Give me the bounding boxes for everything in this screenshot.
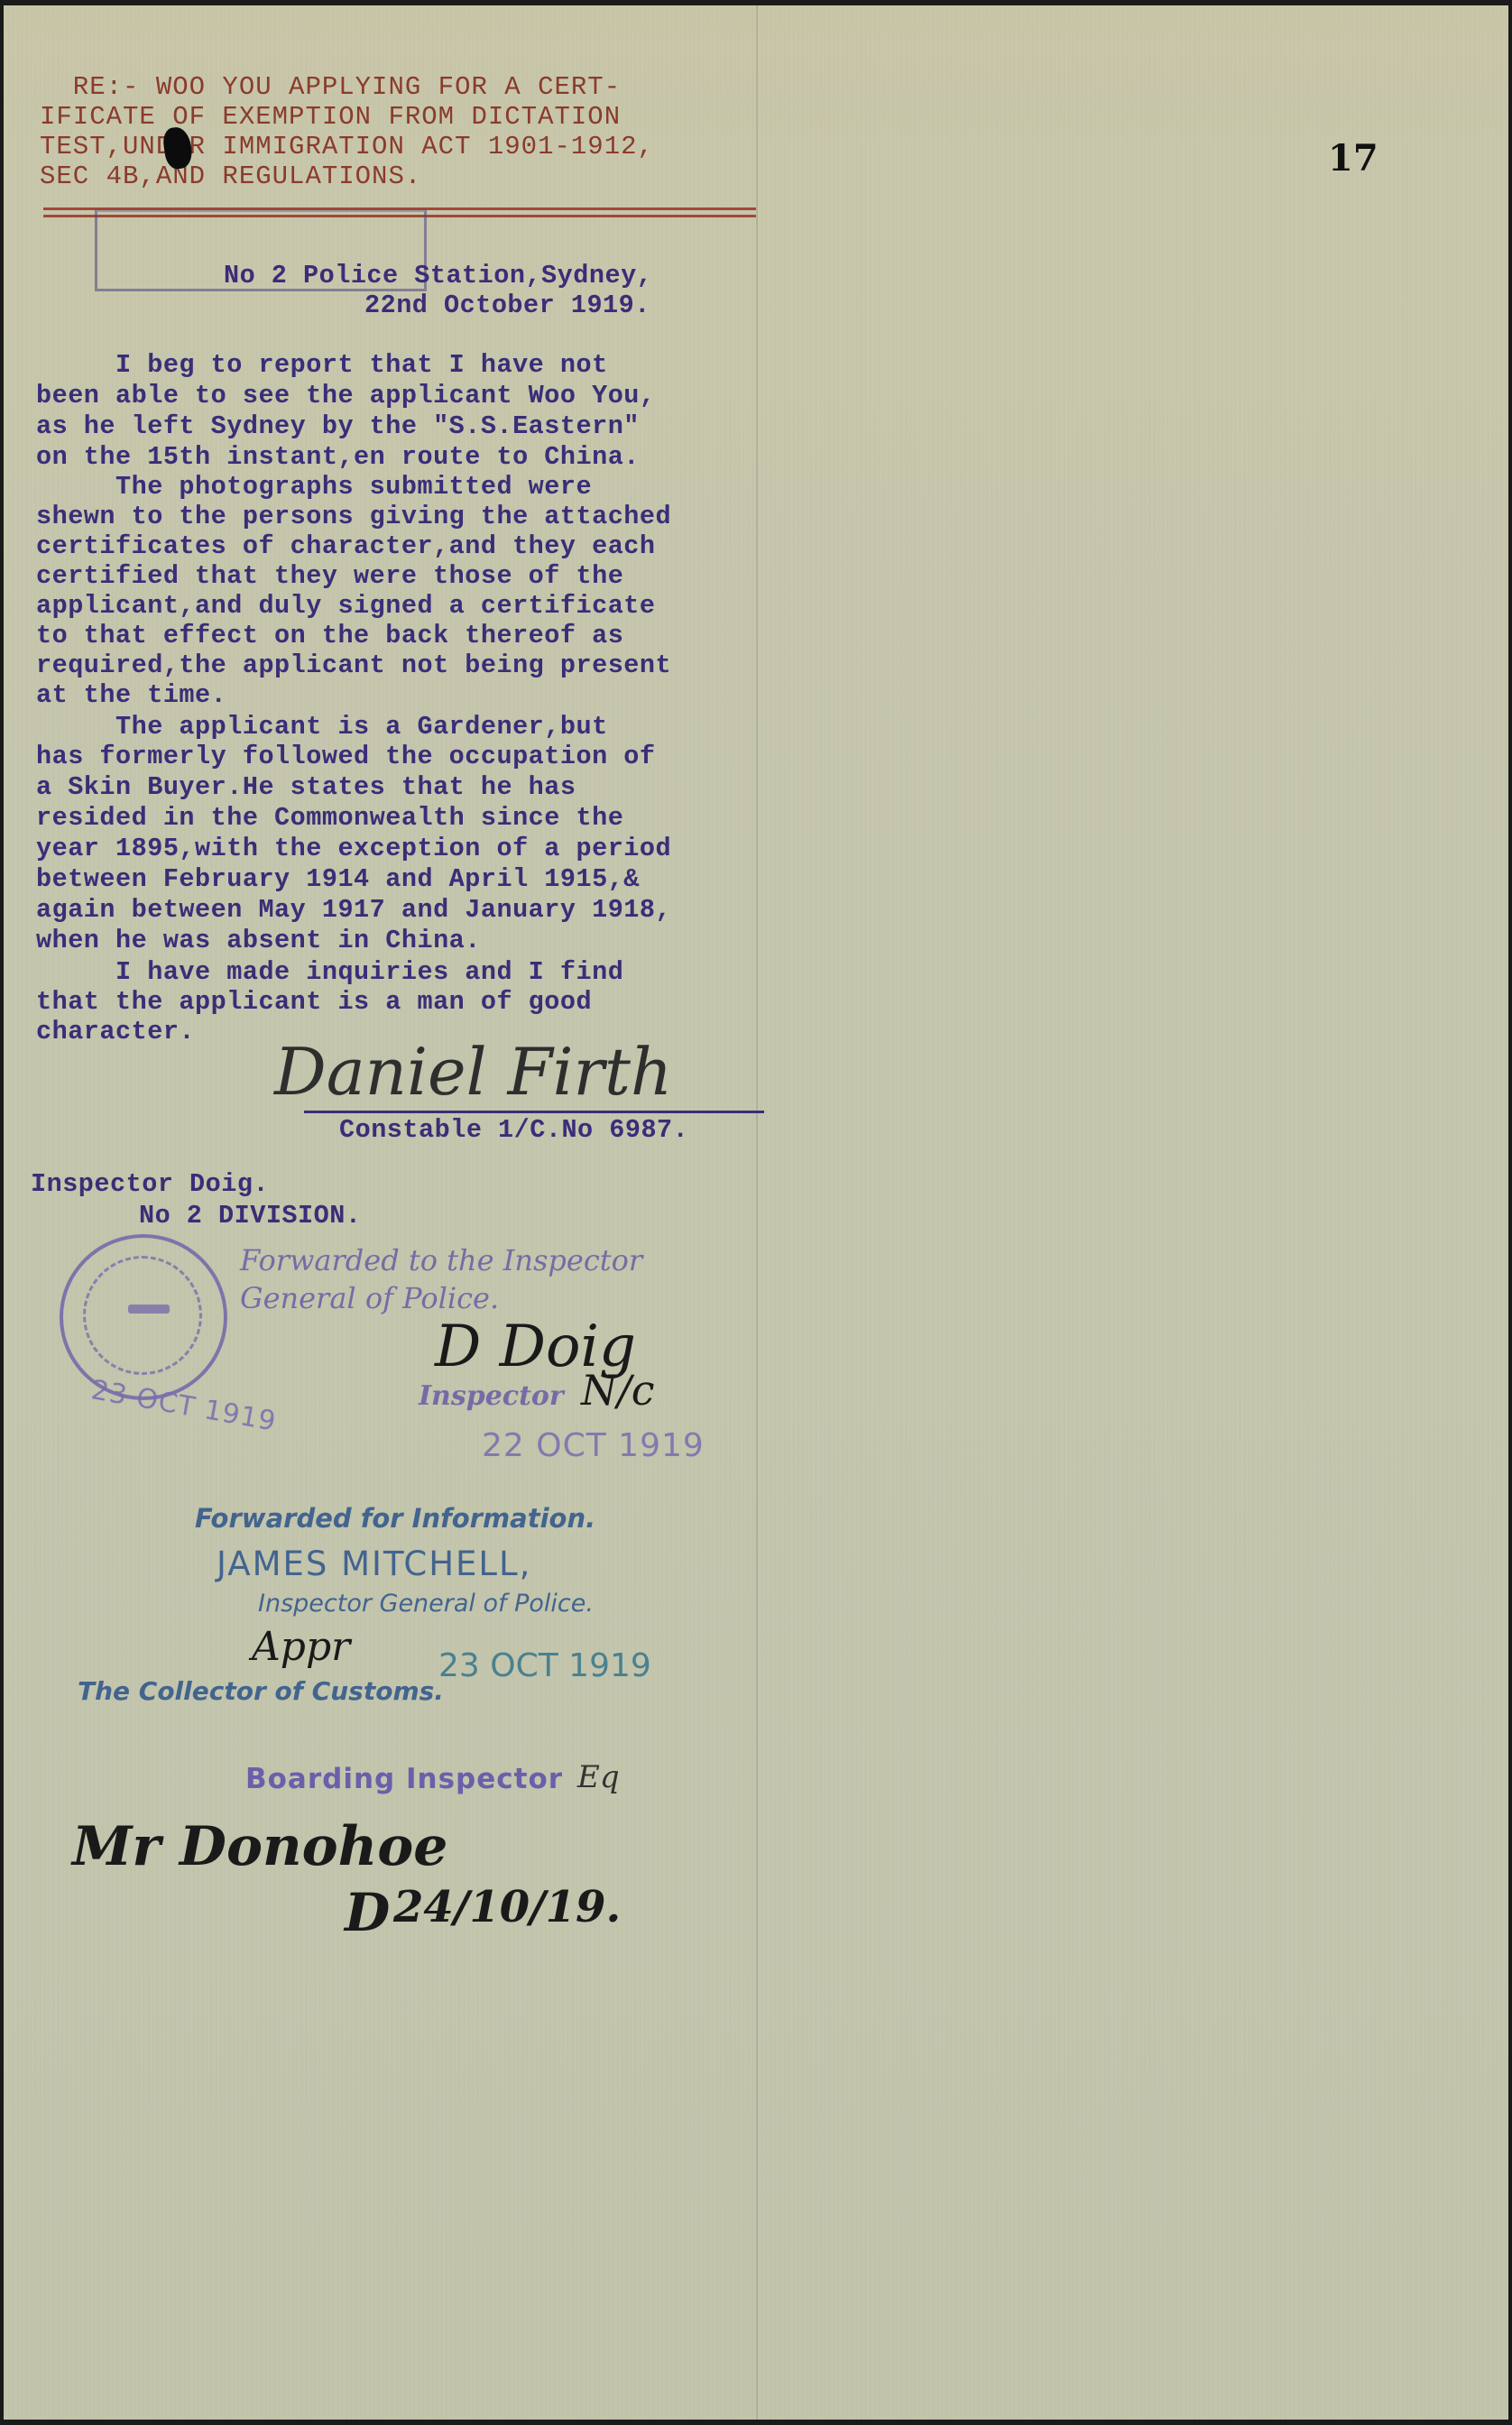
subject-line-2: IFICATE OF EXEMPTION FROM DICTATION: [40, 102, 621, 132]
addressee-division: No 2 DIVISION.: [139, 1201, 361, 1231]
collector-of-customs: The Collector of Customs.: [78, 1676, 444, 1706]
body-line: certified that they were those of the: [36, 561, 623, 592]
body-line: The applicant is a Gardener,but: [36, 712, 608, 742]
body-line: applicant,and duly signed a certificate: [36, 591, 656, 622]
page-number: 17: [1328, 137, 1378, 180]
body-line: I have made inquiries and I find: [36, 957, 623, 988]
body-line: to that effect on the back thereof as: [36, 621, 623, 651]
body-line: as he left Sydney by the "S.S.Eastern": [36, 411, 640, 442]
signature-line: [304, 1111, 764, 1113]
subject-line-1: RE:- WOO YOU APPLYING FOR A CERT-: [40, 72, 621, 102]
body-line: on the 15th instant,en route to China.: [36, 442, 640, 473]
document-page: 17 RE:- WOO YOU APPLYING FOR A CERT- IFI…: [4, 5, 1508, 2420]
body-line: character.: [36, 1017, 195, 1047]
subject-line-3: TEST,UNDER IMMIGRATION ACT 1901-1912,: [40, 132, 654, 161]
body-line: has formerly followed the occupation of: [36, 742, 656, 772]
handwritten-date: 24/10/19.: [393, 1882, 621, 1932]
forwarded-info-line: Forwarded for Information.: [195, 1503, 595, 1534]
constable-signature: Daniel Firth: [274, 1034, 672, 1110]
boarding-inspector-stamp: Boarding Inspector: [245, 1763, 563, 1795]
boarding-annotation: Eq: [577, 1759, 620, 1795]
body-line: between February 1914 and April 1915,&: [36, 864, 640, 895]
body-line: required,the applicant not being present: [36, 650, 671, 681]
stamp-center-mark: [128, 1305, 170, 1314]
body-line: certificates of character,and they each: [36, 531, 656, 562]
body-line: when he was absent in China.: [36, 926, 481, 956]
forwarded-stamp-line-1: Forwarded to the Inspector: [240, 1243, 642, 1277]
stamp-inner-ring: [83, 1256, 202, 1375]
inspector-general-initials: Appr: [252, 1624, 350, 1670]
body-line: a Skin Buyer.He states that he has: [36, 772, 576, 803]
handwritten-initials: D: [345, 1882, 390, 1943]
paper-fold: [756, 5, 758, 2420]
body-line: shewn to the persons giving the attached: [36, 502, 671, 532]
body-line: resided in the Commonwealth since the: [36, 803, 623, 834]
body-line: been able to see the applicant Woo You,: [36, 381, 656, 411]
inspector-stamp-date: 22 OCT 1919: [482, 1427, 705, 1464]
body-line: that the applicant is a man of good: [36, 987, 592, 1018]
inspector-annotation: N/c: [581, 1366, 655, 1415]
station-address: No 2 Police Station,Sydney,: [224, 261, 652, 291]
body-line: The photographs submitted were: [36, 472, 592, 503]
customs-stamp-date: 23 OCT 1919: [438, 1647, 651, 1684]
subject-line-4: SEC 4B,AND REGULATIONS.: [40, 161, 421, 191]
report-date: 22nd October 1919.: [364, 290, 650, 321]
forwarded-stamp-line-2: General of Police.: [240, 1281, 499, 1315]
body-line: I beg to report that I have not: [36, 350, 608, 381]
police-circular-stamp: [60, 1234, 227, 1400]
body-line: at the time.: [36, 680, 226, 711]
body-line: year 1895,with the exception of a period: [36, 834, 671, 864]
constable-title: Constable 1/C.No 6987.: [339, 1115, 688, 1146]
inspector-title: Inspector: [419, 1380, 564, 1412]
inspector-general-title: Inspector General of Police.: [258, 1590, 594, 1618]
body-line: again between May 1917 and January 1918,: [36, 895, 671, 926]
handwritten-name: Mr Donohoe: [72, 1815, 447, 1878]
inspector-general-name: JAMES MITCHELL,: [217, 1544, 531, 1583]
